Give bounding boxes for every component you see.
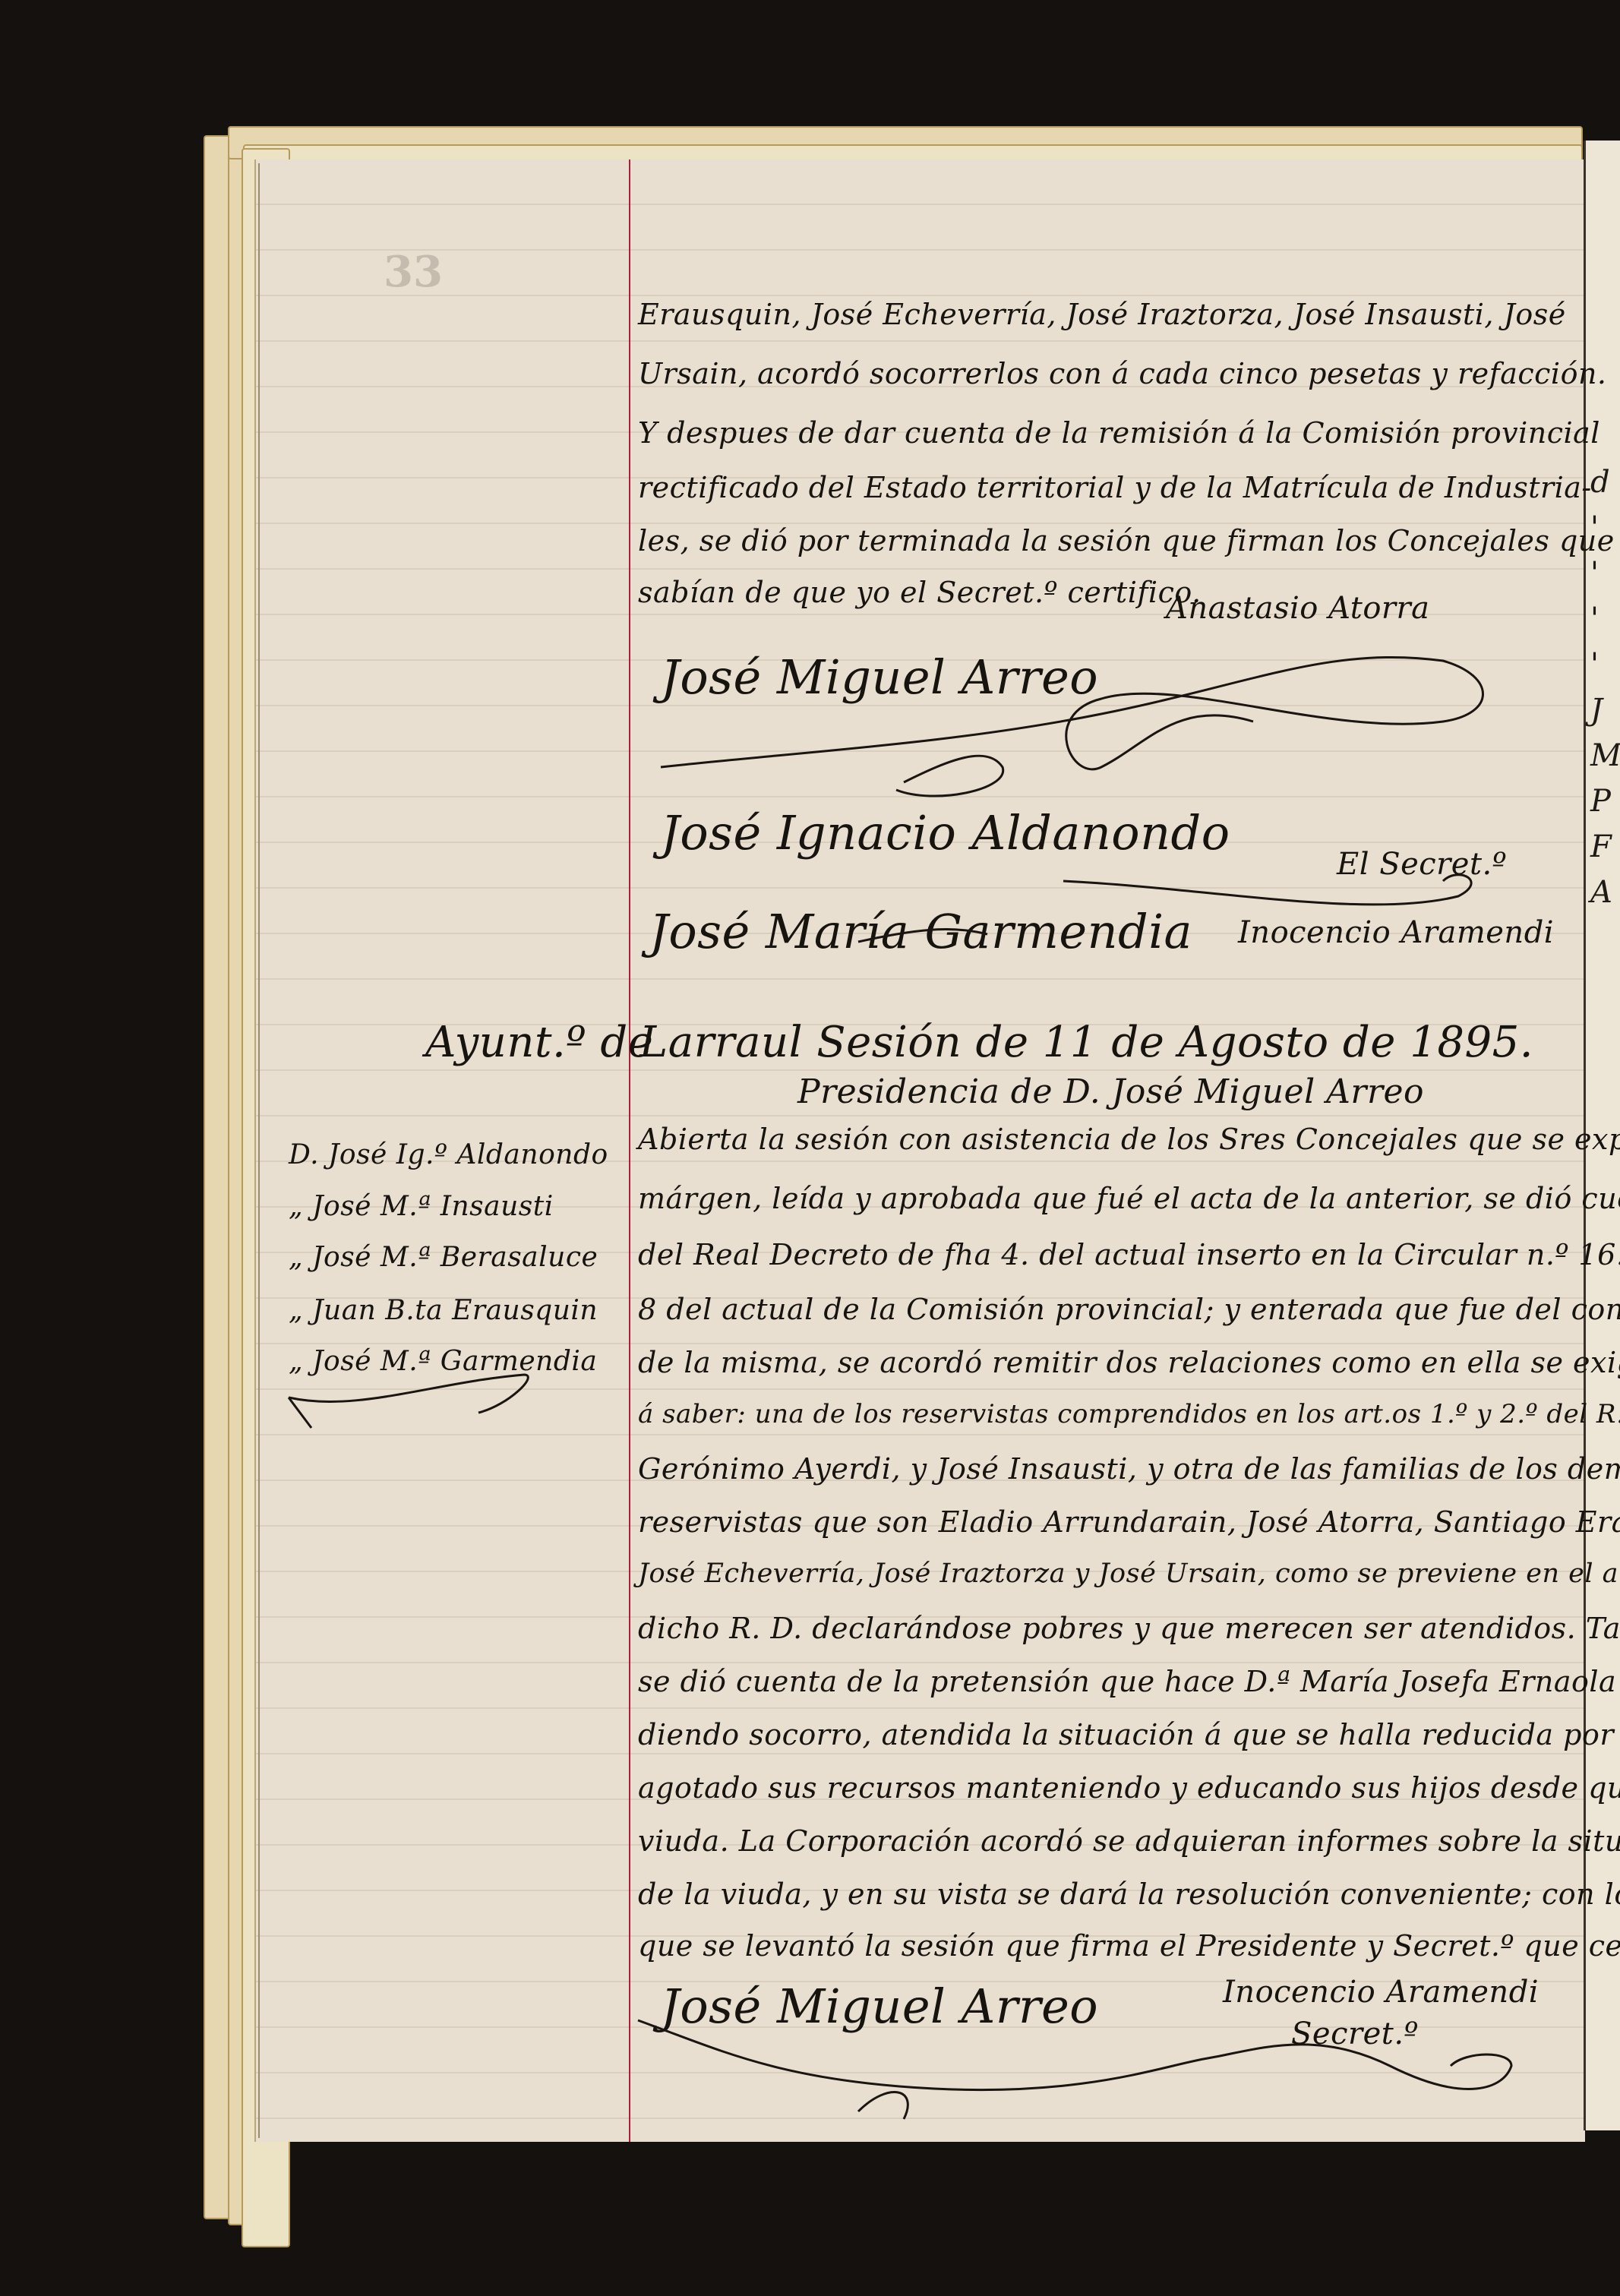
attendee: „ José M.ª Berasaluce bbox=[289, 1242, 598, 1273]
text-line: Y despues de dar cuenta de la remisión á… bbox=[638, 416, 1600, 450]
page-number-bleed-through: 33 bbox=[384, 247, 443, 297]
text-line: á saber: una de los reservistas comprend… bbox=[638, 1399, 1620, 1429]
text-line: agotado sus recursos manteniendo y educa… bbox=[638, 1771, 1620, 1805]
attendee: „ José M.ª Insausti bbox=[289, 1191, 554, 1222]
facing-page-glyph: ' bbox=[1586, 596, 1620, 642]
session-presidency: Presidencia de D. José Miguel Arreo bbox=[797, 1072, 1424, 1111]
text-line: de la viuda, y en su vista se dará la re… bbox=[638, 1878, 1620, 1911]
text-line: Gerónimo Ayerdi, y José Insausti, y otra… bbox=[638, 1452, 1620, 1486]
text-line: márgen, leída y aprobada que fué el acta… bbox=[638, 1182, 1620, 1215]
attendee: D. José Ig.º Aldanondo bbox=[289, 1139, 608, 1170]
text-line: del Real Decreto de fha 4. del actual in… bbox=[638, 1238, 1620, 1271]
text-line: José Echeverría, José Iraztorza y José U… bbox=[638, 1559, 1620, 1589]
facing-page-glyph: J bbox=[1586, 687, 1620, 733]
margin-heading: Ayunt.º de bbox=[425, 1018, 653, 1067]
signature-flourish bbox=[646, 630, 1519, 805]
facing-page-glyph: ' bbox=[1586, 551, 1620, 596]
text-line: se dió cuenta de la pretensión que hace … bbox=[638, 1665, 1620, 1698]
session-heading: Larraul Sesión de 11 de Agosto de 1895. bbox=[639, 1018, 1533, 1067]
red-margin-rule bbox=[629, 159, 630, 2142]
text-line: sabían de que yo el Secret.º certifico. bbox=[638, 576, 1202, 609]
text-line: 8 del actual de la Comisión provincial; … bbox=[638, 1293, 1620, 1326]
text-line: dicho R. D. declarándose pobres y que me… bbox=[638, 1612, 1620, 1645]
text-line: diendo socorro, atendida la situación á … bbox=[638, 1718, 1620, 1751]
text-line: rectificado del Estado territorial y de … bbox=[638, 471, 1592, 504]
text-line: de la misma, se acordó remitir dos relac… bbox=[638, 1346, 1620, 1379]
text-line: Abierta la sesión con asistencia de los … bbox=[638, 1123, 1620, 1156]
facing-page-glyph: P bbox=[1586, 778, 1620, 824]
signature-flourish bbox=[835, 851, 1519, 957]
text-line: reservistas que son Eladio Arrundarain, … bbox=[638, 1505, 1620, 1539]
signature-flourish bbox=[630, 2005, 1542, 2127]
text-line: viuda. La Corporación acordó se adquiera… bbox=[638, 1824, 1620, 1858]
facing-page-glyph: M bbox=[1586, 733, 1620, 778]
text-line: Erausquin, José Echeverría, José Iraztor… bbox=[638, 298, 1566, 331]
page-border-line bbox=[258, 163, 260, 2138]
signature: Anastasio Atorra bbox=[1166, 591, 1430, 626]
attendee: „ Juan B.ta Erausquin bbox=[289, 1295, 598, 1326]
facing-page-glyph: ' bbox=[1586, 642, 1620, 687]
facing-page-glyph: F bbox=[1586, 824, 1620, 870]
text-line: Ursain, acordó socorrerlos con á cada ci… bbox=[638, 357, 1607, 390]
facing-page-glyph: A bbox=[1586, 870, 1620, 915]
text-line: les, se dió por terminada la sesión que … bbox=[638, 524, 1615, 557]
text-line: que se levantó la sesión que firma el Pr… bbox=[638, 1929, 1620, 1963]
attendee-list-flourish bbox=[281, 1367, 554, 1458]
